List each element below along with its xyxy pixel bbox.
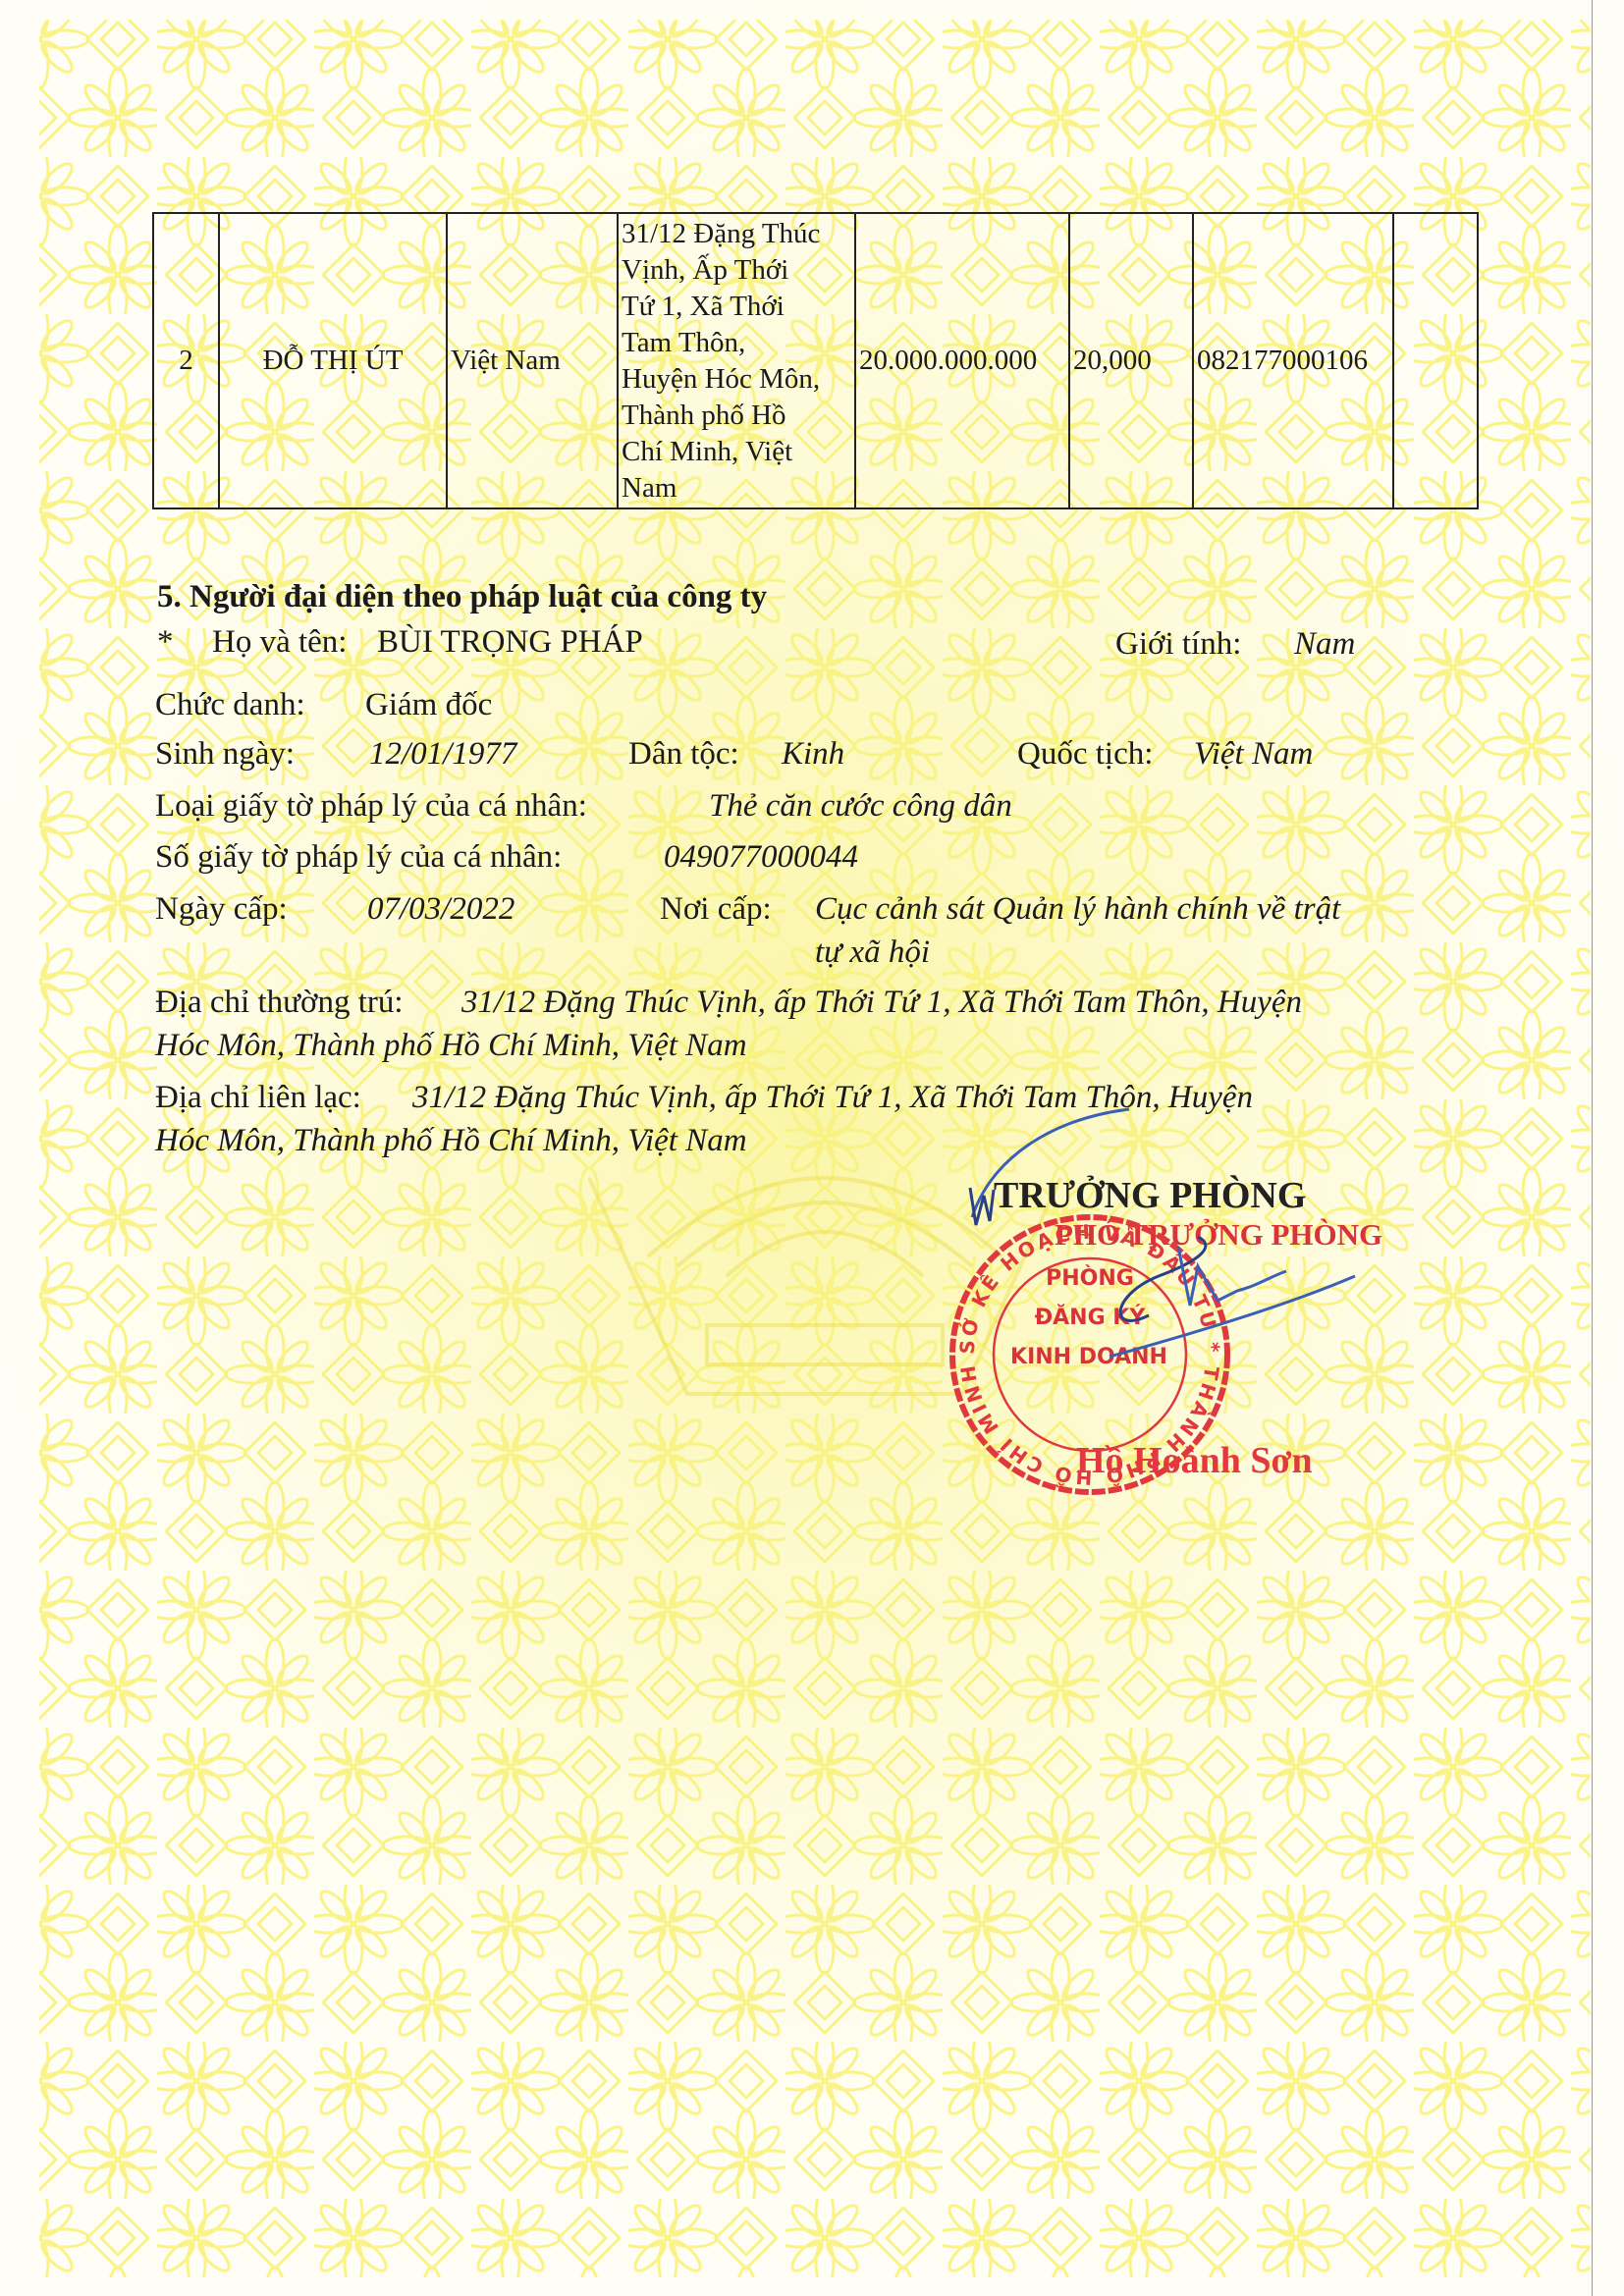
cell-note bbox=[1393, 213, 1478, 508]
members-table: 2 ĐỖ THỊ ÚT Việt Nam 31/12 Đặng Thúc Vịn… bbox=[152, 212, 1479, 509]
contact-address-line2: Hóc Môn, Thành phố Hồ Chí Minh, Việt Nam bbox=[155, 1123, 747, 1159]
permanent-address-label: Địa chỉ thường trú: bbox=[155, 985, 404, 1021]
address-line: Tam Thôn, bbox=[622, 325, 851, 361]
position-label: Chức danh: bbox=[155, 687, 305, 723]
cell-percent: 20,000 bbox=[1069, 213, 1193, 508]
handwritten-signature-icon bbox=[933, 1099, 1404, 1394]
issue-place-label: Nơi cấp: bbox=[660, 891, 772, 928]
gender-label: Giới tính: bbox=[1115, 626, 1241, 663]
cell-address: 31/12 Đặng Thúc Vịnh, Ấp Thới Tứ 1, Xã T… bbox=[618, 213, 855, 508]
address-line: Huyện Hóc Môn, bbox=[622, 361, 851, 398]
issue-date-value: 07/03/2022 bbox=[367, 891, 514, 928]
address-line: 31/12 Đặng Thúc bbox=[622, 216, 851, 252]
doc-number-value: 049077000044 bbox=[664, 839, 858, 876]
doc-number-label: Số giấy tờ pháp lý của cá nhân: bbox=[155, 839, 562, 876]
address-line: Tứ 1, Xã Thới bbox=[622, 289, 851, 325]
doc-type-value: Thẻ căn cước công dân bbox=[709, 788, 1012, 825]
name-value: BÙI TRỌNG PHÁP bbox=[377, 624, 643, 661]
name-label: Họ và tên: bbox=[212, 624, 347, 661]
cell-member-name: ĐỖ THỊ ÚT bbox=[219, 213, 447, 508]
nationality-label: Quốc tịch: bbox=[1017, 736, 1153, 773]
issue-place-value-line1: Cục cảnh sát Quản lý hành chính về trật bbox=[815, 891, 1340, 928]
permanent-address-line2: Hóc Môn, Thành phố Hồ Chí Minh, Việt Nam bbox=[155, 1028, 747, 1064]
section-heading: 5. Người đại diện theo pháp luật của côn… bbox=[157, 579, 767, 615]
ethnic-value: Kinh bbox=[782, 736, 844, 773]
position-value: Giám đốc bbox=[365, 687, 492, 723]
dob-label: Sinh ngày: bbox=[155, 736, 295, 773]
ethnic-label: Dân tộc: bbox=[628, 736, 739, 773]
contact-address-label: Địa chỉ liên lạc: bbox=[155, 1080, 361, 1116]
dob-value: 12/01/1977 bbox=[369, 736, 516, 773]
cell-capital: 20.000.000.000 bbox=[855, 213, 1069, 508]
table-row: 2 ĐỖ THỊ ÚT Việt Nam 31/12 Đặng Thúc Vịn… bbox=[153, 213, 1478, 508]
address-line: Nam bbox=[622, 470, 851, 507]
address-line: Thành phố Hồ bbox=[622, 398, 851, 434]
cell-stt: 2 bbox=[153, 213, 219, 508]
address-line: Vịnh, Ấp Thới bbox=[622, 252, 851, 289]
doc-type-label: Loại giấy tờ pháp lý của cá nhân: bbox=[155, 788, 587, 825]
permanent-address-line1: 31/12 Đặng Thúc Vịnh, ấp Thới Tứ 1, Xã T… bbox=[461, 985, 1302, 1021]
nationality-value: Việt Nam bbox=[1194, 736, 1313, 773]
cell-nationality: Việt Nam bbox=[447, 213, 618, 508]
cell-id-number: 082177000106 bbox=[1193, 213, 1393, 508]
signer-name: Hồ Hoành Sơn bbox=[1076, 1439, 1313, 1482]
issue-place-value-line2: tự xã hội bbox=[815, 934, 930, 971]
page-edge-line bbox=[1592, 0, 1593, 2296]
gender-value: Nam bbox=[1294, 626, 1355, 663]
address-line: Chí Minh, Việt bbox=[622, 434, 851, 470]
issue-date-label: Ngày cấp: bbox=[155, 891, 288, 928]
bullet: * bbox=[157, 624, 174, 661]
